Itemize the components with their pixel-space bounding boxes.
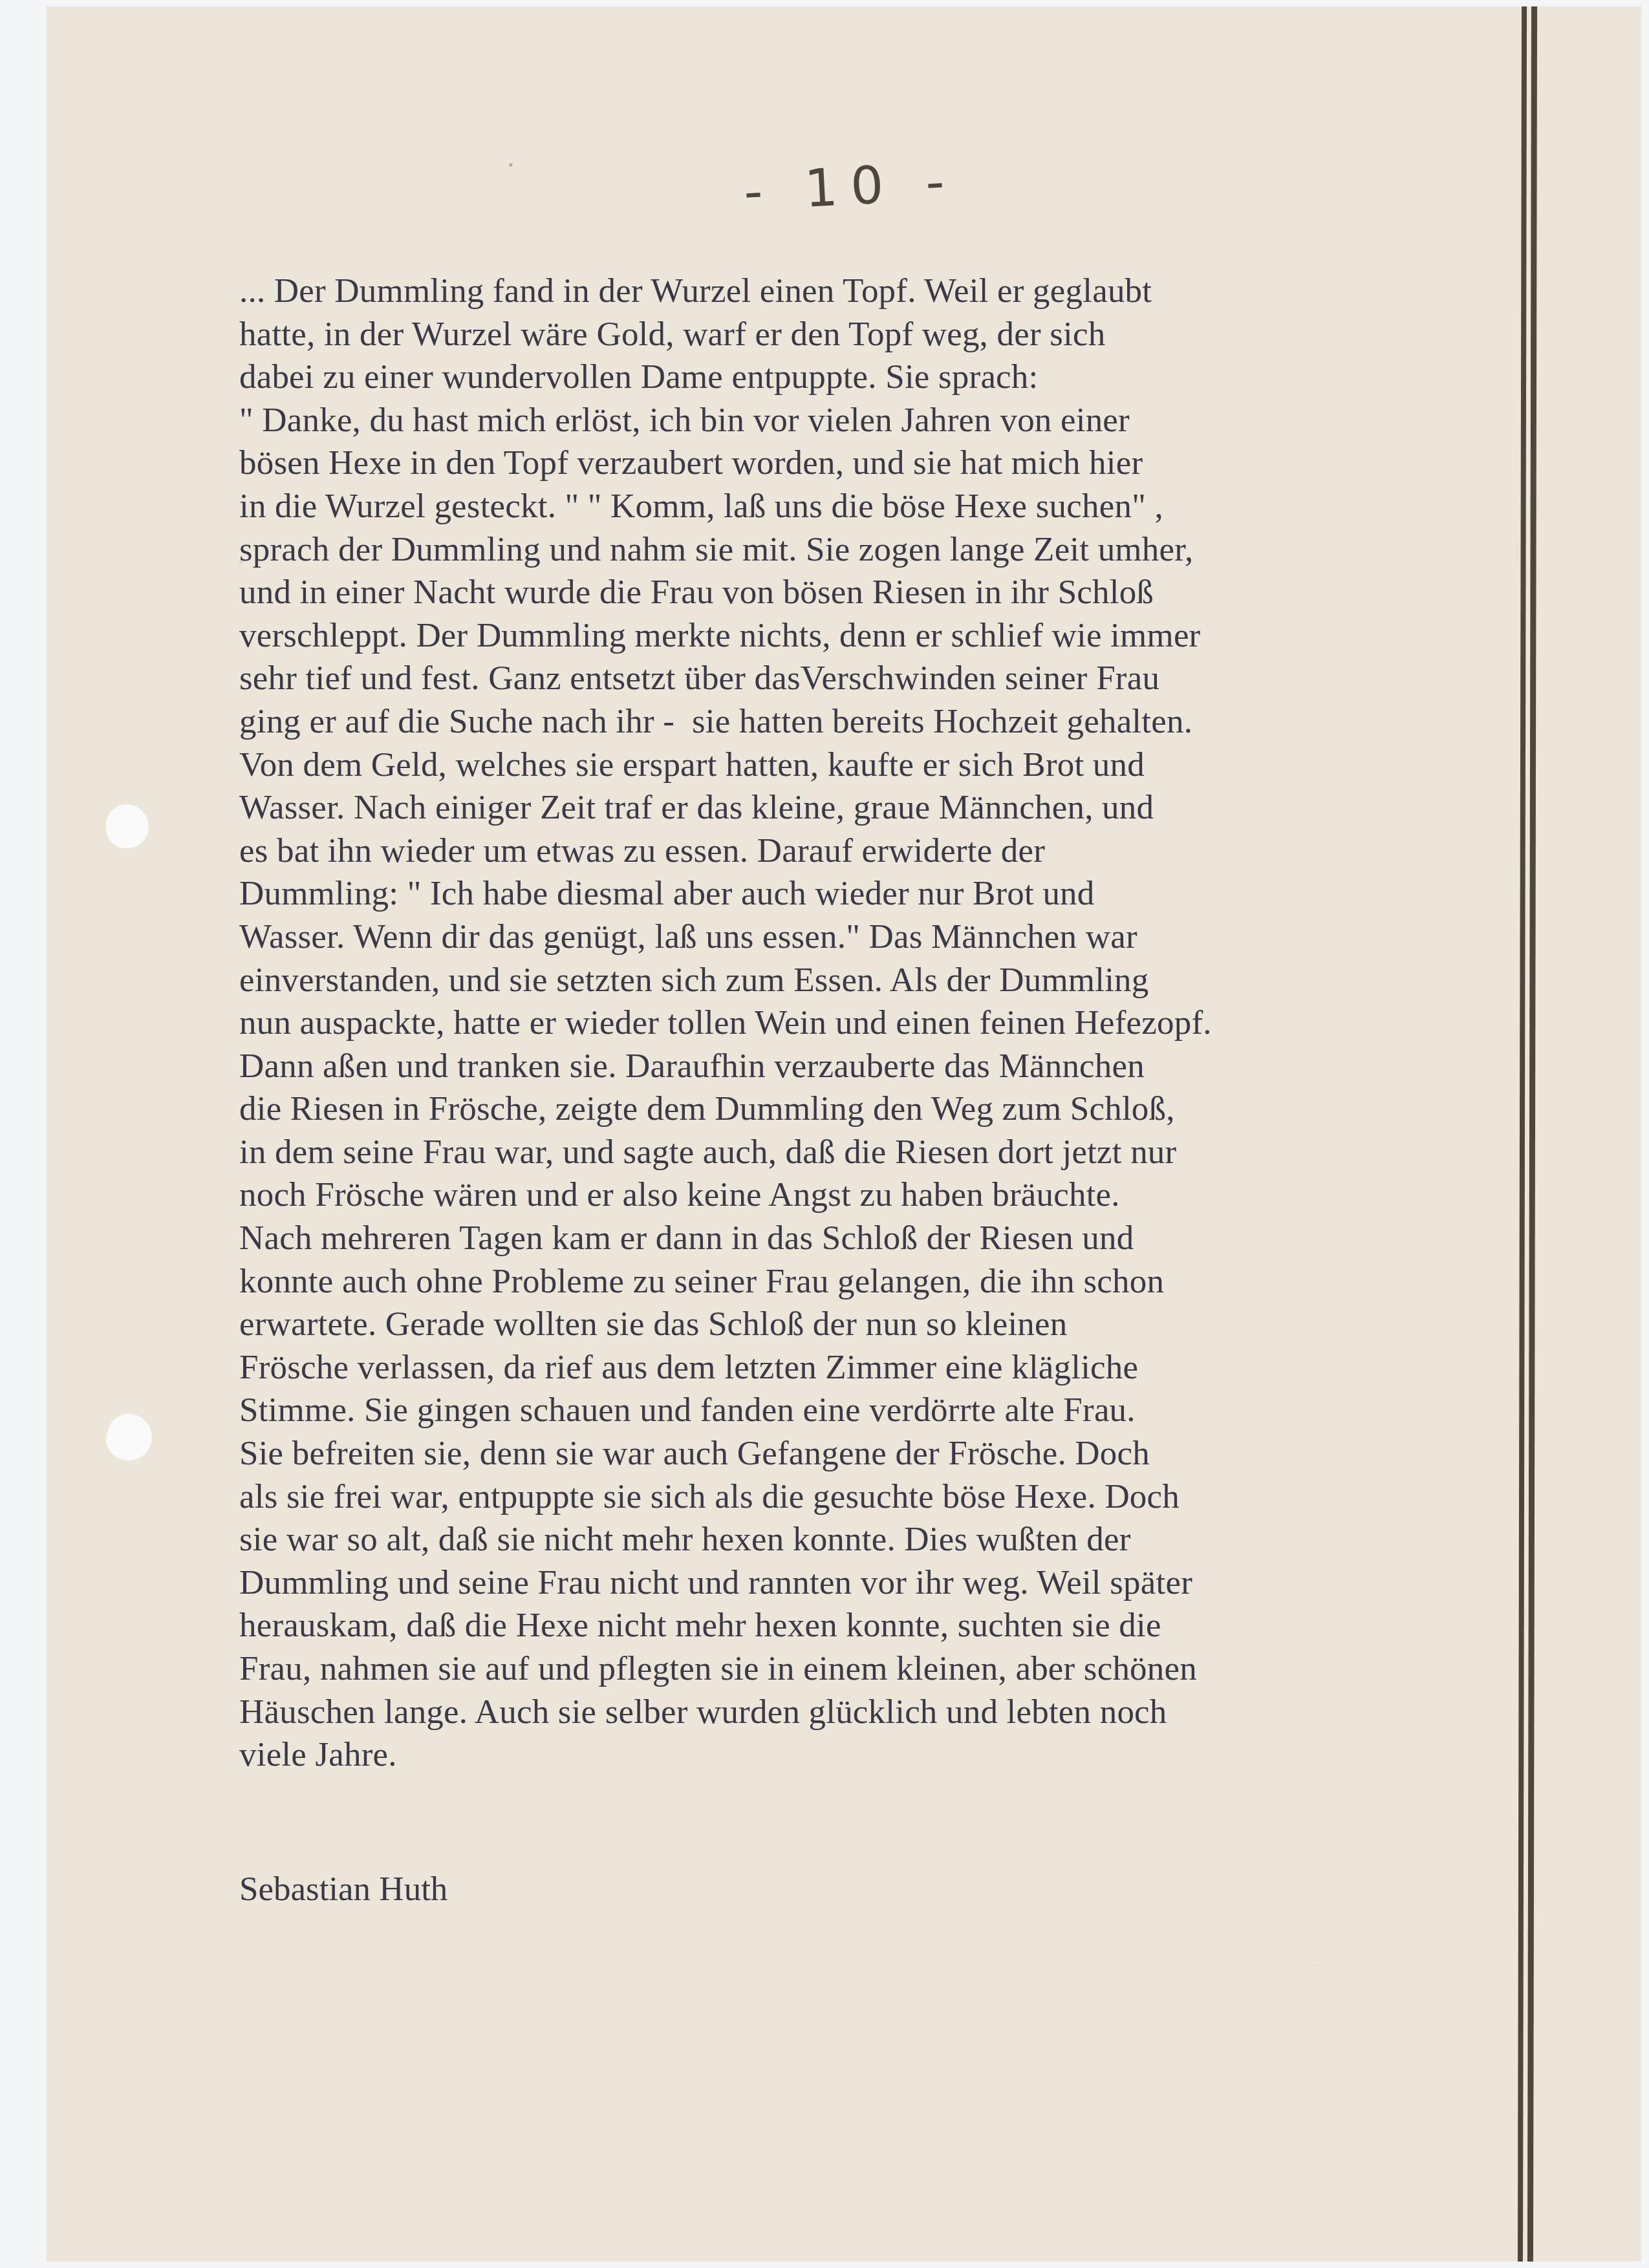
story-text-line: die Riesen in Frösche, zeigte dem Dummli… xyxy=(239,1087,1377,1131)
author-signature: Sebastian Huth xyxy=(239,1870,447,1909)
story-text-line: ... Der Dummling fand in der Wurzel eine… xyxy=(239,270,1377,313)
handwritten-page-number: - 10 - xyxy=(742,151,959,222)
story-text-line: in die Wurzel gesteckt. " " Komm, laß un… xyxy=(239,485,1377,528)
binding-rule-inner xyxy=(1518,6,1527,2262)
scanned-document-page: - 10 - ... Der Dummling fand in der Wurz… xyxy=(0,0,1649,2268)
story-text-line: hatte, in der Wurzel wäre Gold, warf er … xyxy=(239,313,1377,356)
story-text-line: es bat ihn wieder um etwas zu essen. Dar… xyxy=(239,829,1377,873)
story-text-line: Sie befreiten sie, denn sie war auch Gef… xyxy=(239,1432,1377,1475)
story-text-line: einverstanden, und sie setzten sich zum … xyxy=(239,959,1377,1002)
story-text-line: Wasser. Nach einiger Zeit traf er das kl… xyxy=(239,786,1377,829)
story-text-line: dabei zu einer wundervollen Dame entpupp… xyxy=(239,356,1377,399)
story-text-block: ... Der Dummling fand in der Wurzel eine… xyxy=(239,270,1377,1777)
story-text-line: als sie frei war, entpuppte sie sich als… xyxy=(239,1475,1377,1519)
hole-punch-top xyxy=(106,804,149,848)
story-text-line: noch Frösche wären und er also keine Ang… xyxy=(239,1173,1377,1217)
paper-sheet: - 10 - ... Der Dummling fand in der Wurz… xyxy=(47,6,1641,2262)
story-text-line: verschleppt. Der Dummling merkte nichts,… xyxy=(239,614,1377,658)
story-text-line: Stimme. Sie gingen schauen und fanden ei… xyxy=(239,1389,1377,1432)
story-text-line: und in einer Nacht wurde die Frau von bö… xyxy=(239,571,1377,614)
story-text-line: Nach mehreren Tagen kam er dann in das S… xyxy=(239,1217,1377,1260)
story-text-line: Häuschen lange. Auch sie selber wurden g… xyxy=(239,1691,1377,1734)
story-text-line: sprach der Dummling und nahm sie mit. Si… xyxy=(239,528,1377,572)
story-text-line: erwartete. Gerade wollten sie das Schloß… xyxy=(239,1303,1377,1346)
story-text-line: " Danke, du hast mich erlöst, ich bin vo… xyxy=(239,399,1377,442)
story-text-line: bösen Hexe in den Topf verzaubert worden… xyxy=(239,442,1377,485)
story-text-line: Wasser. Wenn dir das genügt, laß uns ess… xyxy=(239,915,1377,959)
story-text-line: Dummling und seine Frau nicht und rannte… xyxy=(239,1561,1377,1605)
story-text-line: viele Jahre. xyxy=(239,1733,1377,1777)
story-text-line: konnte auch ohne Probleme zu seiner Frau… xyxy=(239,1260,1377,1303)
story-text-line: sehr tief und fest. Ganz entsetzt über d… xyxy=(239,657,1377,700)
story-text-line: nun auspackte, hatte er wieder tollen We… xyxy=(239,1001,1377,1045)
story-text-line: Von dem Geld, welches sie erspart hatten… xyxy=(239,744,1377,787)
story-text-line: in dem seine Frau war, und sagte auch, d… xyxy=(239,1131,1377,1174)
binding-rule-outer xyxy=(1527,6,1537,2262)
story-text-line: ging er auf die Suche nach ihr - sie hat… xyxy=(239,700,1377,744)
story-text-line: Dann aßen und tranken sie. Daraufhin ver… xyxy=(239,1045,1377,1088)
story-text-line: herauskam, daß die Hexe nicht mehr hexen… xyxy=(239,1604,1377,1647)
hole-punch-bottom xyxy=(101,1408,158,1466)
story-text-line: Dummling: " Ich habe diesmal aber auch w… xyxy=(239,872,1377,915)
story-text-line: sie war so alt, daß sie nicht mehr hexen… xyxy=(239,1518,1377,1561)
story-text-line: Frau, nahmen sie auf und pflegten sie in… xyxy=(239,1647,1377,1691)
story-text-line: Frösche verlassen, da rief aus dem letzt… xyxy=(239,1346,1377,1389)
